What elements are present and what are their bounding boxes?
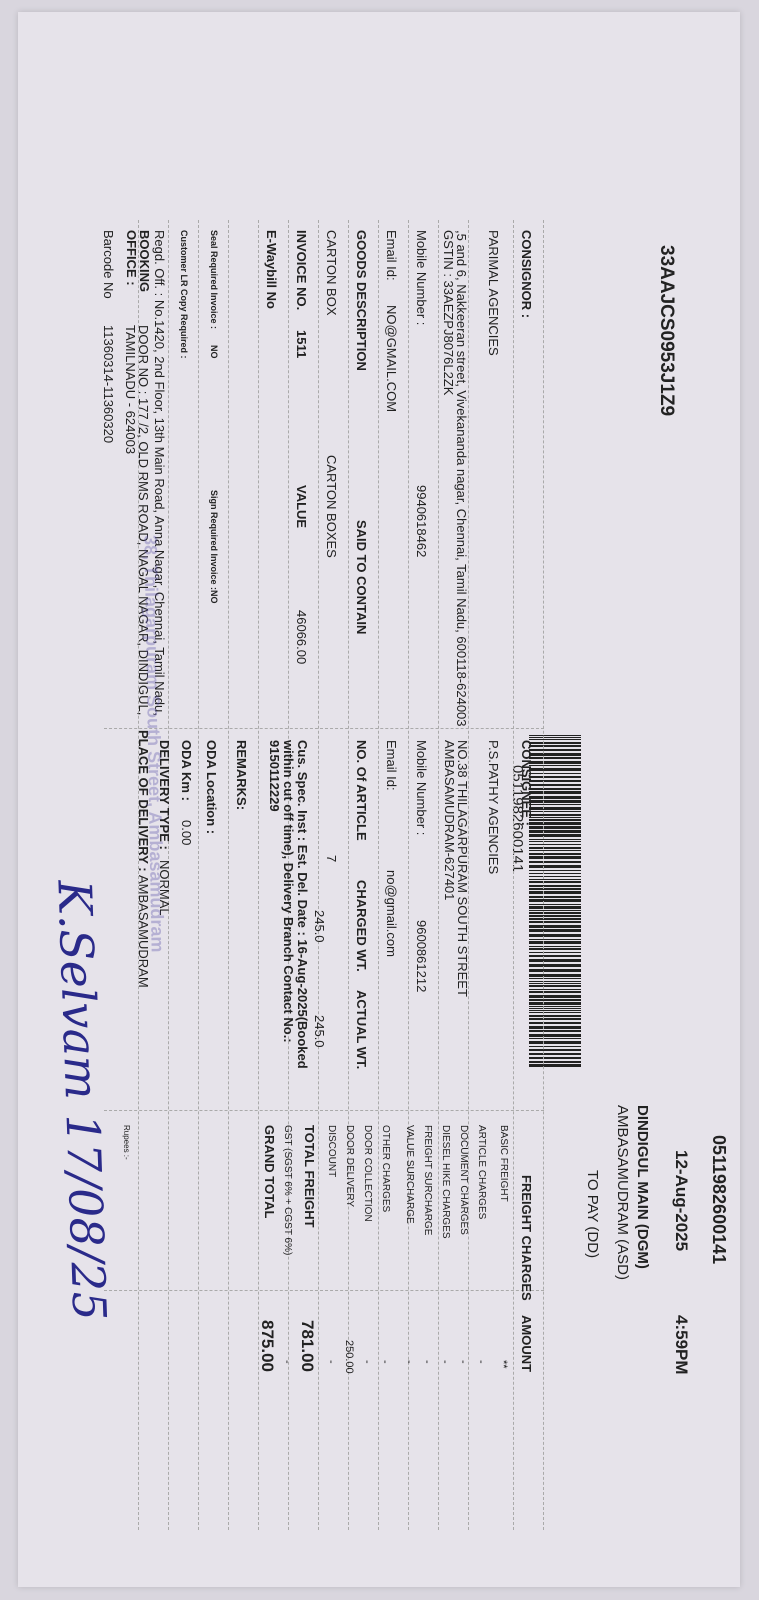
charge-label: BASIC FREIGHT	[498, 1125, 509, 1202]
charge-label: DOOR DELIVERY	[344, 1125, 355, 1207]
charge-amount: 250.00	[343, 1340, 355, 1374]
articles-count: 7	[324, 855, 339, 862]
charge-label: VALUE SURCHARGE	[404, 1125, 415, 1224]
charge-amount: **	[497, 1360, 509, 1369]
barcode-no-label: Barcode No	[101, 230, 116, 299]
charge-label: DIESEL HIKE CHARGES	[440, 1125, 451, 1239]
seal-required-label: Seal Required Invoice :	[209, 230, 219, 329]
payment-mode: TO PAY (DD)	[584, 1170, 601, 1258]
consignee-name: P.S.PATHY AGENCIES	[486, 740, 501, 874]
booking-time: 4:59PM	[671, 1315, 691, 1375]
charge-label: ARTICLE CHARGES	[476, 1125, 487, 1219]
charge-amount: 875.00	[257, 1320, 277, 1372]
charged-wt-label: CHARGED WT.	[354, 880, 369, 972]
sign-required-value: NO	[209, 590, 219, 604]
charge-amount: -	[421, 1360, 433, 1364]
charge-label: DISCOUNT	[326, 1125, 337, 1177]
oda-km-label: ODA Km :	[179, 740, 194, 801]
consignee-email-label: Email Id:	[384, 740, 399, 791]
consignor-label: CONSIGNOR :	[519, 230, 534, 318]
charge-amount: -	[325, 1360, 337, 1364]
invoice-no: 1511	[294, 330, 309, 358]
invoice-value: 46066.00	[294, 610, 309, 664]
invoice-value-label: VALUE	[294, 485, 309, 528]
charge-amount: -	[379, 1360, 391, 1364]
charge-amount: -	[475, 1360, 487, 1364]
lorry-receipt-document: 33AAJCS0953J1Z9 0511982600141 0511982600…	[0, 0, 759, 1600]
charge-label: DOOR COLLECTION	[362, 1125, 373, 1222]
rupees-label: Rupees :-	[122, 1125, 131, 1160]
actual-wt-label: ACTUAL WT.	[354, 990, 369, 1069]
charge-label: OTHER CHARGES	[380, 1125, 391, 1212]
consignee-address: NO.38 THILAGARPURAM SOUTH STREET AMBASAM…	[443, 740, 469, 1100]
lr-number: 0511982600141	[708, 1135, 729, 1264]
amount-header: AMOUNT	[519, 1315, 534, 1372]
charged-wt: 245.0	[312, 910, 327, 943]
charge-amount: -	[403, 1360, 415, 1364]
charge-amount: -	[361, 1360, 373, 1364]
freight-charges-header: FREIGHT CHARGES	[519, 1175, 534, 1301]
charge-label: FREIGHT SURCHARGE	[422, 1125, 433, 1235]
from-branch: DINDIGUL MAIN (DGM)	[634, 1105, 651, 1269]
booking-date: 12-Aug-2025	[671, 1150, 691, 1251]
goods-desc-label: GOODS DESCRIPTION	[354, 230, 369, 371]
charge-label: GRAND TOTAL	[262, 1125, 277, 1218]
special-instructions: Cus. Spec. Inst : Est. Del. Date : 16-Au…	[267, 740, 309, 1105]
oda-km-value: 0.00	[179, 820, 194, 845]
oda-location-label: ODA Location :	[204, 740, 219, 834]
remarks-label: REMARKS:	[234, 740, 249, 810]
goods-desc: CARTON BOX	[324, 230, 339, 315]
invoice-no-label: INVOICE NO.	[294, 230, 309, 310]
barcode-no-value: 11360314-11360320	[101, 325, 116, 443]
articles-label: NO. Of ARTICLE	[354, 740, 369, 841]
booking-office-address-2: TAMILNADU - 624003	[123, 325, 138, 454]
charge-amount: -	[457, 1360, 469, 1364]
seal-required-value: NO	[209, 345, 219, 359]
booking-office-label: BOOKING OFFICE :	[125, 230, 151, 290]
consignee-mobile-label: Mobile Number :	[414, 740, 429, 835]
consignor-gstin: GSTIN : 33AEZPJ8076L2ZK	[441, 230, 456, 395]
sign-required-label: Sign Required Invoice :	[209, 490, 219, 590]
charge-amount: 781.00	[297, 1320, 317, 1372]
lr-copy-required-label: Customer LR Copy Required :	[179, 230, 189, 359]
consignee-mobile: 9600861212	[414, 920, 429, 992]
said-to-contain-label: SAID TO CONTAIN	[354, 520, 369, 634]
consignor-name: PARIMAL AGENCIES	[486, 230, 501, 356]
consignee-email: no@gmail.com	[384, 870, 399, 957]
handwritten-signature: K.Selvam 17/08/25	[47, 879, 116, 1321]
charge-amount: -	[439, 1360, 451, 1364]
charge-amount: -	[281, 1360, 293, 1364]
consignor-email-label: Email Id:	[384, 230, 399, 281]
consignor-email: NO@GMAIL.COM	[384, 305, 399, 412]
charge-label: TOTAL FREIGHT	[302, 1125, 317, 1228]
actual-wt: 245.0	[312, 1015, 327, 1048]
charge-label: DOCUMENT CHARGES	[458, 1125, 469, 1235]
to-branch: AMBASAMUDRAM (ASD)	[614, 1105, 631, 1280]
consignor-mobile-label: Mobile Number :	[414, 230, 429, 325]
barcode-graphic	[529, 735, 581, 1069]
ewaybill-label: E-Waybill No	[264, 230, 279, 309]
consignor-address: ,5 and 6, Nakkeeran street, Vivekananda …	[454, 230, 469, 727]
said-to-contain: CARTON BOXES	[324, 455, 339, 558]
consignor-mobile: 9940618462	[414, 485, 429, 557]
charge-label: GST (SGST 6% + CGST 6%)	[282, 1125, 293, 1255]
consignee-label: CONSIGNEE :	[519, 740, 534, 826]
gstin-header: 33AAJCS0953J1Z9	[655, 245, 677, 416]
